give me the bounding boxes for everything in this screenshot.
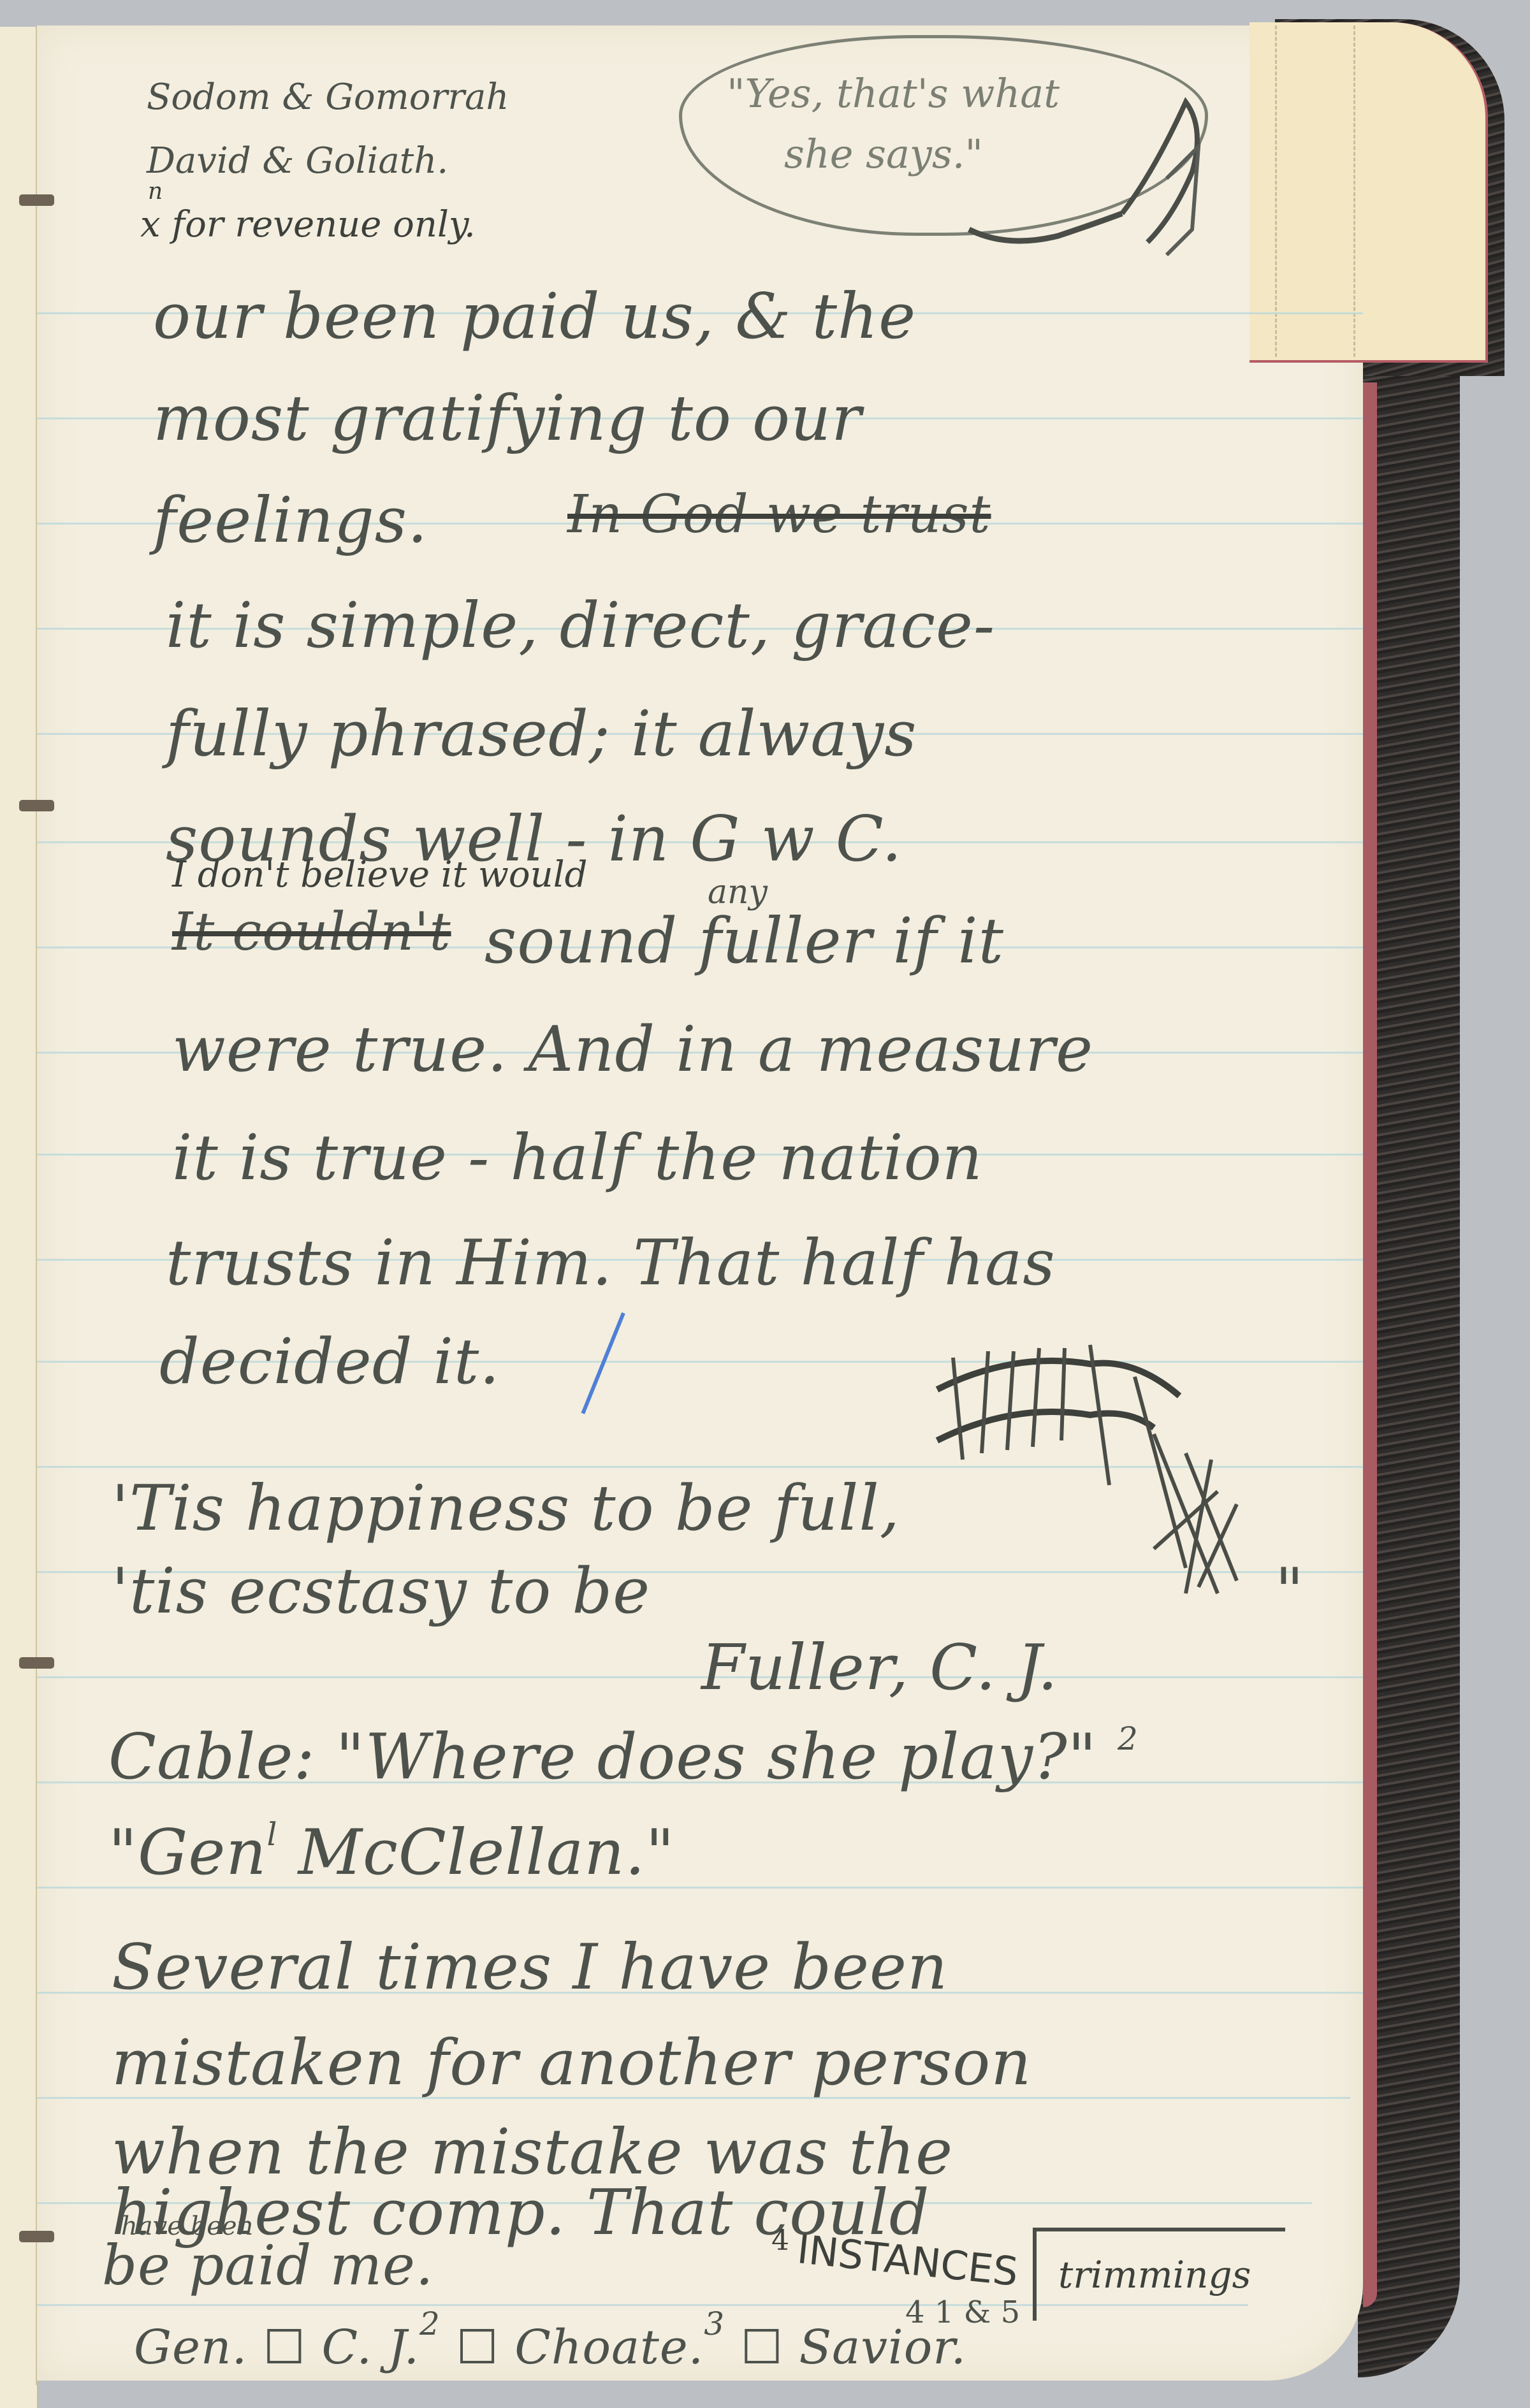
cable-line: Cable: "Where does she play?" 2 (108, 1721, 1139, 1794)
body-line-8: sound fuller if it (484, 905, 1004, 978)
instance-choate-number: 3 (704, 2305, 725, 2342)
gen-superscript: l (266, 1816, 277, 1853)
facing-page-edge (0, 27, 38, 2408)
note-david-goliath: David & Goliath. (147, 140, 448, 182)
gen-abbrev: "Gen (108, 1817, 266, 1889)
note-revenue-only: x for revenue only. (140, 204, 476, 245)
body-line-10: it is true - half the nation (172, 1122, 983, 1194)
instances-list: Gen. ☐ C. J.2 ☐ Choate.3 ☐ Savior. (134, 2320, 966, 2375)
binding-stitch (19, 2231, 54, 2242)
binding-gutter (36, 27, 37, 2385)
body-line-3: feelings. (153, 484, 428, 557)
binding-stitch (19, 1657, 54, 1669)
ruled-line (37, 1676, 1363, 1678)
binding-stitch (19, 800, 54, 811)
trimmings-note: trimmings (1058, 2253, 1251, 2296)
binding-stitch (19, 194, 54, 206)
quote-line-2: 'tis ecstasy to be (112, 1555, 650, 1628)
body-line-12: decided it. (159, 1326, 500, 1398)
instances-number: 4 (771, 2224, 789, 2257)
quote-closing-mark: " (1275, 1555, 1304, 1628)
instance-cj: C. J. (322, 2320, 419, 2375)
checkbox-icon: ☐ (456, 2320, 499, 2375)
body-line-5: fully phrased; it always (166, 698, 917, 771)
instance-choate: Choate. (514, 2320, 704, 2375)
instance-savior: Savior. (799, 2320, 966, 2375)
mcclellan-name: McClellan." (298, 1817, 675, 1889)
struck-text-it-couldnt: It couldn't (172, 902, 451, 962)
sketch-hatched-arch-icon (918, 1338, 1326, 1606)
instance-gen: Gen. (134, 2320, 247, 2375)
instance-cj-number: 2 (419, 2305, 441, 2342)
speech-bubble-line2: she says." (784, 131, 983, 177)
interlinear-dont-believe: I don't believe it would (172, 854, 587, 896)
body-line-9: were true. And in a measure (172, 1013, 1093, 1086)
closing-line-2: mistaken for another person (112, 2027, 1031, 2100)
sketch-hand-icon (956, 76, 1288, 268)
body-line-4: it is simple, direct, grace- (166, 590, 995, 662)
cable-footnote-mark: 2 (1118, 1720, 1139, 1757)
note-sodom-gomorrah: Sodom & Gomorrah (147, 76, 509, 118)
closing-line-5: be paid me. (102, 2234, 433, 2298)
body-line-2: most gratifying to our (153, 382, 862, 455)
body-line-1: our been paid us, & the (153, 280, 916, 353)
checkbox-icon: ☐ (263, 2320, 306, 2375)
cable-question: "Where does she play?" (336, 1721, 1097, 1794)
checkbox-icon: ☐ (741, 2320, 783, 2375)
struck-text-in-god-we-trust: In God we trust (567, 484, 991, 545)
mcclellan-line: "Genl McClellan." (108, 1817, 675, 1889)
quote-attribution: Fuller, C. J. (701, 1632, 1058, 1704)
quote-line-1: 'Tis happiness to be full, (112, 1472, 900, 1545)
note-revenue-mark: n (148, 178, 163, 205)
body-line-11: trusts in Him. That half has (166, 1227, 1056, 1300)
red-page-edges (1363, 382, 1377, 2307)
cable-speaker: Cable: (108, 1721, 316, 1794)
closing-line-1: Several times I have been (112, 1931, 948, 2004)
